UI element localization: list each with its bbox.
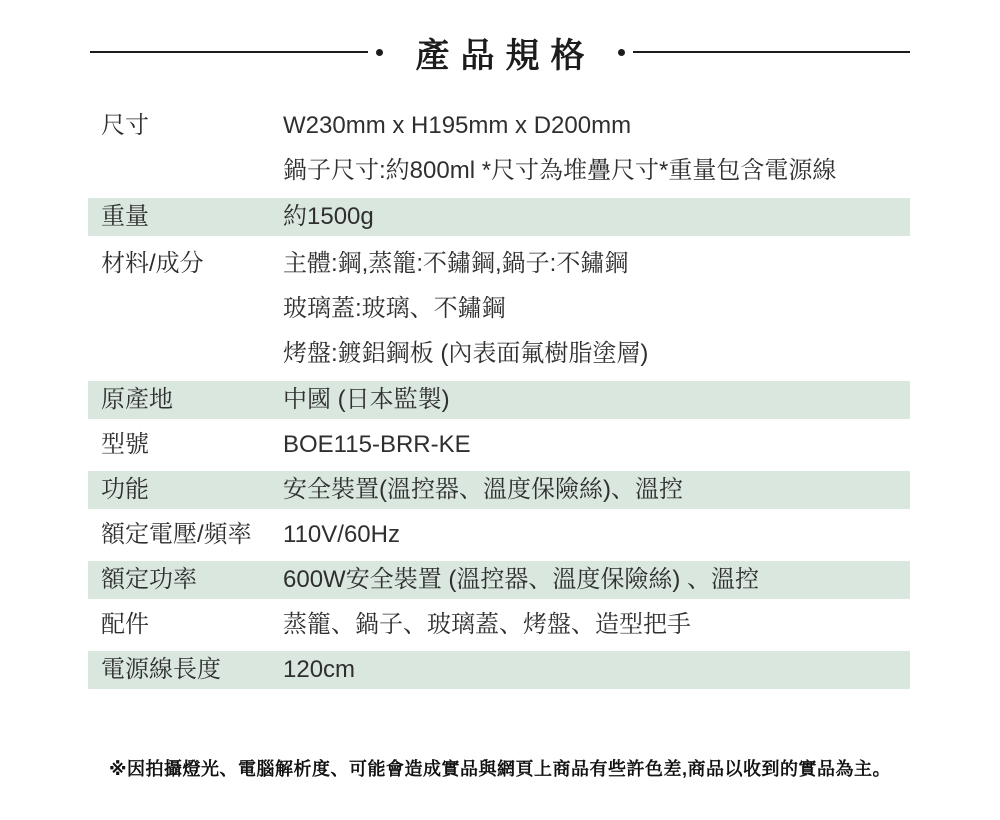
table-row: 型號BOE115-BRR-KE — [88, 424, 910, 466]
title-left-dot-icon — [376, 49, 383, 56]
row-label: 重量 — [88, 198, 283, 236]
value-line: 110V/60Hz — [283, 514, 910, 556]
page-title: 產品規格 — [405, 28, 596, 77]
row-value: 120cm — [283, 651, 910, 689]
table-row: 額定電壓/頻率110V/60Hz — [88, 514, 910, 556]
value-line: 120cm — [283, 651, 910, 689]
row-label: 功能 — [88, 471, 283, 509]
table-row: 電源線長度120cm — [88, 651, 910, 689]
table-row: 材料/成分主體:鋼,蒸籠:不鏽鋼,鍋子:不鏽鋼玻璃蓋:玻璃、不鏽鋼烤盤:鍍鋁鋼板… — [88, 241, 910, 376]
title-right-dot-icon — [618, 49, 625, 56]
value-line: 主體:鋼,蒸籠:不鏽鋼,鍋子:不鏽鋼 — [283, 241, 910, 286]
title-bar: 產品規格 — [90, 30, 910, 74]
row-label: 材料/成分 — [88, 241, 283, 286]
title-left-line — [90, 51, 368, 53]
table-row: 功能安全裝置(溫控器、溫度保險絲)、溫控 — [88, 471, 910, 509]
row-value: 110V/60Hz — [283, 514, 910, 556]
value-line: 玻璃蓋:玻璃、不鏽鋼 — [283, 286, 910, 331]
row-value: 中國 (日本監製) — [283, 381, 910, 419]
table-row: 額定功率600W安全裝置 (溫控器、溫度保險絲) 、溫控 — [88, 561, 910, 599]
value-line: BOE115-BRR-KE — [283, 424, 910, 466]
row-value: W230mm x H195mm x D200mm鍋子尺寸:約800ml *尺寸為… — [283, 103, 910, 193]
row-label: 尺寸 — [88, 103, 283, 148]
value-line: 蒸籠、鍋子、玻璃蓋、烤盤、造型把手 — [283, 604, 910, 646]
table-row: 尺寸W230mm x H195mm x D200mm鍋子尺寸:約800ml *尺… — [88, 103, 910, 193]
value-line: 烤盤:鍍鋁鋼板 (內表面氟樹脂塗層) — [283, 331, 910, 376]
row-value: 蒸籠、鍋子、玻璃蓋、烤盤、造型把手 — [283, 604, 910, 646]
row-value: 主體:鋼,蒸籠:不鏽鋼,鍋子:不鏽鋼玻璃蓋:玻璃、不鏽鋼烤盤:鍍鋁鋼板 (內表面… — [283, 241, 910, 376]
row-label: 電源線長度 — [88, 651, 283, 689]
table-row: 重量約1500g — [88, 198, 910, 236]
row-value: BOE115-BRR-KE — [283, 424, 910, 466]
row-value: 600W安全裝置 (溫控器、溫度保險絲) 、溫控 — [283, 561, 910, 599]
row-label: 額定電壓/頻率 — [88, 514, 283, 556]
value-line: 中國 (日本監製) — [283, 381, 910, 419]
row-label: 額定功率 — [88, 561, 283, 599]
title-right-line — [633, 51, 911, 53]
value-line: W230mm x H195mm x D200mm — [283, 103, 910, 148]
footer-note: ※因拍攝燈光、電腦解析度、可能會造成實品與網頁上商品有些許色差,商品以收到的實品… — [0, 754, 1000, 784]
row-value: 約1500g — [283, 198, 910, 236]
table-row: 原產地中國 (日本監製) — [88, 381, 910, 419]
spec-table: 尺寸W230mm x H195mm x D200mm鍋子尺寸:約800ml *尺… — [88, 103, 910, 689]
row-label: 配件 — [88, 604, 283, 646]
table-row: 配件蒸籠、鍋子、玻璃蓋、烤盤、造型把手 — [88, 604, 910, 646]
value-line: 鍋子尺寸:約800ml *尺寸為堆疊尺寸*重量包含電源線 — [283, 148, 910, 193]
value-line: 安全裝置(溫控器、溫度保險絲)、溫控 — [283, 471, 910, 509]
row-value: 安全裝置(溫控器、溫度保險絲)、溫控 — [283, 471, 910, 509]
value-line: 600W安全裝置 (溫控器、溫度保險絲) 、溫控 — [283, 561, 910, 599]
row-label: 型號 — [88, 424, 283, 466]
value-line: 約1500g — [283, 198, 910, 236]
row-label: 原產地 — [88, 381, 283, 419]
